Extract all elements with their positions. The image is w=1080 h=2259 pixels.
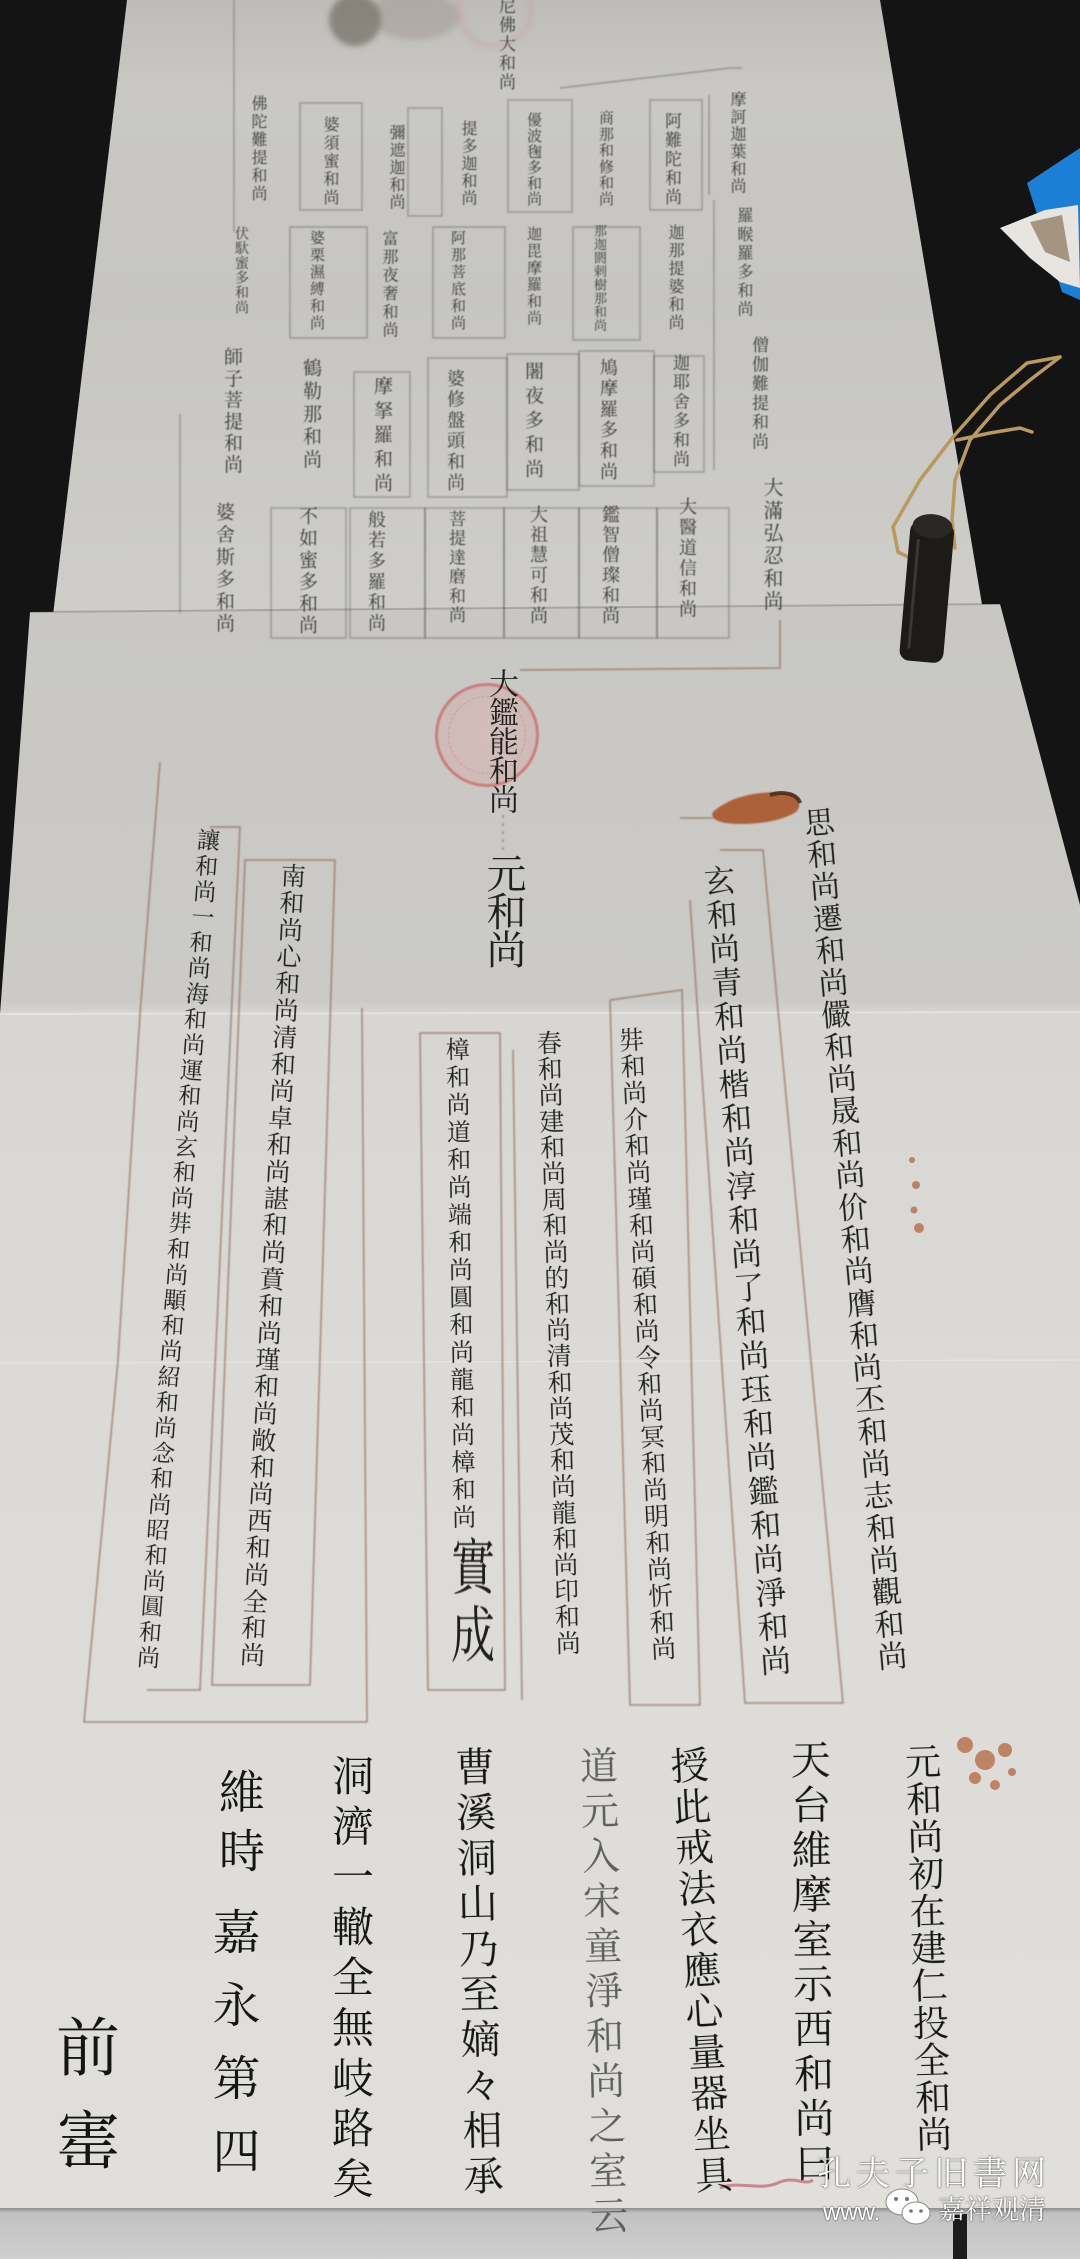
watermark-account-name: 嘉祥观清: [938, 2197, 1046, 2224]
patriarch-name: 婆栗濕縛和尚: [309, 230, 324, 332]
colophon-line: 天台維摩室示西和尚曰: [787, 1739, 832, 2187]
patriarch-name: 鶴勒那和尚: [301, 358, 320, 472]
patriarch-name: 婆須蜜和尚: [322, 116, 338, 207]
patriarch-name: 那迦閼剌樹那和尚: [592, 224, 605, 332]
patriarch-name: 師子菩提和尚: [222, 347, 241, 476]
patriarch-name: 僧伽難提和尚: [749, 336, 766, 452]
successor-name: 元和尚: [483, 853, 523, 967]
patriarch-name: 商那和修和尚: [598, 110, 613, 207]
patriarch-name: 大滿弘忍和尚: [762, 477, 782, 613]
watermark-site-name: 孔夫子旧書网: [817, 2157, 1051, 2191]
patriarch-name: 羅睺羅多和尚: [736, 207, 752, 319]
patriarch-name: 鑑智僧璨和尚: [600, 505, 618, 626]
patriarch-name: 迦那提婆和尚: [667, 224, 683, 332]
patriarch-name: 摩拏羅和尚: [372, 376, 391, 497]
lineage-column: 樟和尚道和尚端和尚圓和尚龍和尚樟和尚: [443, 1037, 474, 1532]
patriarch-name: 阿難陀和尚: [662, 112, 679, 207]
patriarch-name: 鳩摩羅多和尚: [598, 358, 616, 483]
patriarch-name: 佛陀難提和尚: [250, 95, 266, 203]
colophon-line: 洞濟一轍全無岐路矣: [329, 1754, 371, 2207]
document-photo: 尼佛大和尚 摩訶迦葉和尚 阿難陀和尚 商那和修和尚 優波毱多和尚 提多迦和尚 彌…: [0, 0, 1080, 2259]
wechat-icon: [884, 2186, 934, 2228]
patriarch-name: 婆修盤頭和尚: [445, 369, 463, 494]
patriarch-name: 迦毘摩羅和尚: [526, 226, 541, 327]
patriarch-name: 富那夜奢和尚: [381, 230, 397, 340]
patriarch-name: 大祖慧可和尚: [528, 505, 546, 626]
colophon-line: 道元入宋童淨和尚之室云: [576, 1746, 625, 2242]
patriarch-name: 優波毱多和尚: [526, 112, 541, 207]
patriarch-name: 摩訶迦葉和尚: [729, 91, 745, 195]
patriarch-name: 般若多羅和尚: [366, 510, 384, 634]
patriarch-name: 大醫道信和尚: [677, 497, 695, 620]
patriarch-name: 婆舍斯多和尚: [214, 502, 233, 636]
center-patriarch-name: 大鑑能和尚: [485, 668, 515, 813]
era-date: 嘉永第四: [208, 1907, 256, 2199]
patriarch-name: 不如蜜多和尚: [297, 506, 316, 637]
date-prefix: 維時: [216, 1768, 262, 1886]
blue-paper-object: [1000, 148, 1080, 300]
patriarch-name: 伏馱蜜多和尚: [234, 226, 248, 315]
patriarch-name: 阿那菩底和尚: [450, 230, 465, 332]
recipient-name: 實成: [446, 1535, 490, 1670]
lineage-title: 尼佛大和尚: [496, 0, 513, 92]
patriarch-name: 闍夜多和尚: [523, 361, 542, 483]
signature: 前寚: [50, 2014, 114, 2200]
patriarch-name: 提多迦和尚: [460, 120, 476, 207]
patriarch-name: 彌遮迦和尚: [388, 124, 404, 211]
patriarch-name: 菩提達磨和尚: [446, 510, 463, 625]
colophon-line: 曹溪洞山乃至嫡々相承: [451, 1746, 500, 2201]
watermark-url: www.: [823, 2201, 880, 2225]
patriarch-name: 迦耶舍多和尚: [670, 354, 687, 469]
